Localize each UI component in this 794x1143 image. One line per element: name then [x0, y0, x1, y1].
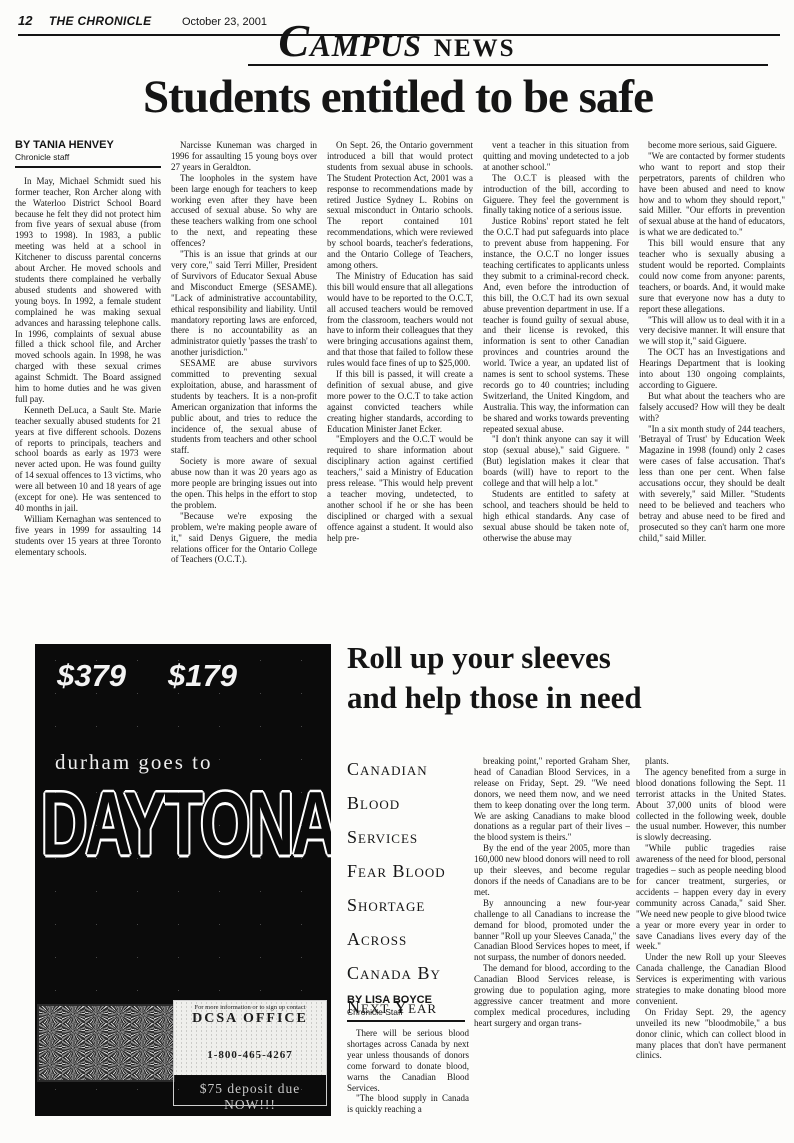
- ad-office-name: DCSA OFFICE: [174, 1011, 326, 1027]
- paragraph: Kenneth DeLuca, a Sault Ste. Marie teach…: [15, 405, 161, 514]
- byline-role: Chronicle staff: [15, 152, 161, 163]
- deck-line: Canadian: [347, 752, 465, 786]
- paragraph: Society is more aware of sexual abuse no…: [171, 456, 317, 511]
- paragraph: vent a teacher in this situation from qu…: [483, 140, 629, 173]
- article1-headline: Students entitled to be safe: [28, 70, 768, 124]
- ad-info-panel: For more information or to sign up conta…: [174, 1001, 326, 1075]
- deck-line: Canada By: [347, 956, 465, 990]
- byline-author: BY LISA BOYCE: [347, 994, 465, 1006]
- paragraph: If this bill is passed, it will create a…: [327, 369, 473, 434]
- deck-line: Services: [347, 820, 465, 854]
- paragraph: William Kernaghan was sentenced to five …: [15, 514, 161, 558]
- article2-byline: BY LISA BOYCE Chronicle Staff: [347, 994, 465, 1022]
- paragraph: breaking point," reported Graham Sher, h…: [474, 756, 630, 843]
- paragraph: "While public tragedies raise awareness …: [636, 843, 786, 952]
- article1-column-1: BY TANIA HENVEY Chronicle staff In May, …: [15, 140, 161, 626]
- ad-price-2: $179: [168, 658, 237, 693]
- article2-column-2: breaking point," reported Graham Sher, h…: [474, 756, 630, 1142]
- paragraph: By the end of the year 2005, more than 1…: [474, 843, 630, 898]
- article2-headline-line2: and help those in need: [347, 678, 789, 718]
- ad-beach-photo: [37, 1004, 175, 1082]
- paragraph: Students are entitled to safety at schoo…: [483, 489, 629, 544]
- paragraph: "I don't think anyone can say it will st…: [483, 434, 629, 489]
- deck-line: Across: [347, 922, 465, 956]
- paragraph: In May, Michael Schmidt sued his former …: [15, 176, 161, 405]
- article2-headline-line1: Roll up your sleeves: [347, 638, 789, 678]
- paragraph: The Ministry of Education has said this …: [327, 271, 473, 369]
- article2-column-3: plants.The agency benefited from a surge…: [636, 756, 786, 1142]
- ad-deposit-note: $75 deposit due NOW!!!: [174, 1081, 326, 1113]
- article2-deck: CanadianBloodServicesFear BloodShortageA…: [347, 752, 465, 1024]
- article1-byline: BY TANIA HENVEY Chronicle staff: [15, 140, 161, 168]
- deck-line: Blood: [347, 786, 465, 820]
- deck-line: Shortage: [347, 888, 465, 922]
- newspaper-page: 12 THE CHRONICLE October 23, 2001 CAMPUS…: [0, 0, 794, 1143]
- paragraph: The agency benefited from a surge in blo…: [636, 767, 786, 843]
- paragraph: Narcisse Kuneman was charged in 1996 for…: [171, 140, 317, 173]
- paragraph: "We are contacted by former students who…: [639, 151, 785, 238]
- paragraph: On Friday Sept. 29, the agency unveiled …: [636, 1007, 786, 1062]
- masthead-rule: [248, 64, 768, 66]
- paragraph: become more serious, said Giguere.: [639, 140, 785, 151]
- paragraph: Justice Robins' report stated he felt th…: [483, 216, 629, 434]
- paragraph: On Sept. 26, the Ontario government intr…: [327, 140, 473, 271]
- paragraph: "Because we're exposing the problem, we'…: [171, 511, 317, 566]
- article1-column-4: vent a teacher in this situation from qu…: [483, 140, 629, 626]
- paragraph: The demand for blood, according to the C…: [474, 963, 630, 1028]
- paragraph: "Employers and the O.C.T would be requir…: [327, 434, 473, 543]
- paragraph: "The blood supply in Canada is quickly r…: [347, 1093, 469, 1115]
- paragraph: SESAME are abuse survivors committed to …: [171, 358, 317, 456]
- article1-column-3: On Sept. 26, the Ontario government intr…: [327, 140, 473, 626]
- section-title-news: NEWS: [434, 35, 516, 62]
- paragraph: The O.C.T is pleased with the introducti…: [483, 173, 629, 217]
- paragraph: "This will allow us to deal with it in a…: [639, 315, 785, 348]
- paragraph: "This is an issue that grinds at our ver…: [171, 249, 317, 358]
- ad-phone-number: 1-800-465-4267: [174, 1049, 326, 1061]
- paragraph: This bill would ensure that any teacher …: [639, 238, 785, 314]
- byline-role: Chronicle Staff: [347, 1007, 465, 1017]
- paragraph: But what about the teachers who are fals…: [639, 391, 785, 424]
- paragraph: plants.: [636, 756, 786, 767]
- paragraph: "In a six month study of 244 teachers, '…: [639, 424, 785, 544]
- paragraph: Under the new Roll up your Sleeves Canad…: [636, 952, 786, 1007]
- ad-info-text: For more information or to sign up conta…: [174, 1001, 326, 1011]
- article2-headline: Roll up your sleeves and help those in n…: [347, 638, 789, 718]
- section-title-campus: CAMPUS: [278, 28, 422, 63]
- section-masthead: CAMPUS NEWS: [0, 26, 794, 64]
- article1-column-5: become more serious, said Giguere."We ar…: [639, 140, 785, 626]
- ad-title-daytona: DAYTONA: [41, 772, 329, 876]
- article1-body: BY TANIA HENVEY Chronicle staff In May, …: [15, 140, 785, 626]
- paragraph: There will be serious blood shortages ac…: [347, 1028, 469, 1093]
- column-paragraphs: In May, Michael Schmidt sued his former …: [15, 176, 161, 558]
- article1-column-2: Narcisse Kuneman was charged in 1996 for…: [171, 140, 317, 626]
- daytona-trip-ad: $379$179 durham goes to DAYTONA For more…: [35, 644, 331, 1116]
- deck-line: Fear Blood: [347, 854, 465, 888]
- byline-author: BY TANIA HENVEY: [15, 140, 161, 151]
- ad-prices: $379$179: [57, 658, 237, 694]
- ad-contact-box: For more information or to sign up conta…: [173, 1000, 327, 1106]
- paragraph: The loopholes in the system have been la…: [171, 173, 317, 249]
- paragraph: The OCT has an Investigations and Hearin…: [639, 347, 785, 391]
- paragraph: By announcing a new four-year challenge …: [474, 898, 630, 963]
- ad-price-1: $379: [57, 658, 126, 693]
- article2-column-1: There will be serious blood shortages ac…: [347, 1028, 469, 1138]
